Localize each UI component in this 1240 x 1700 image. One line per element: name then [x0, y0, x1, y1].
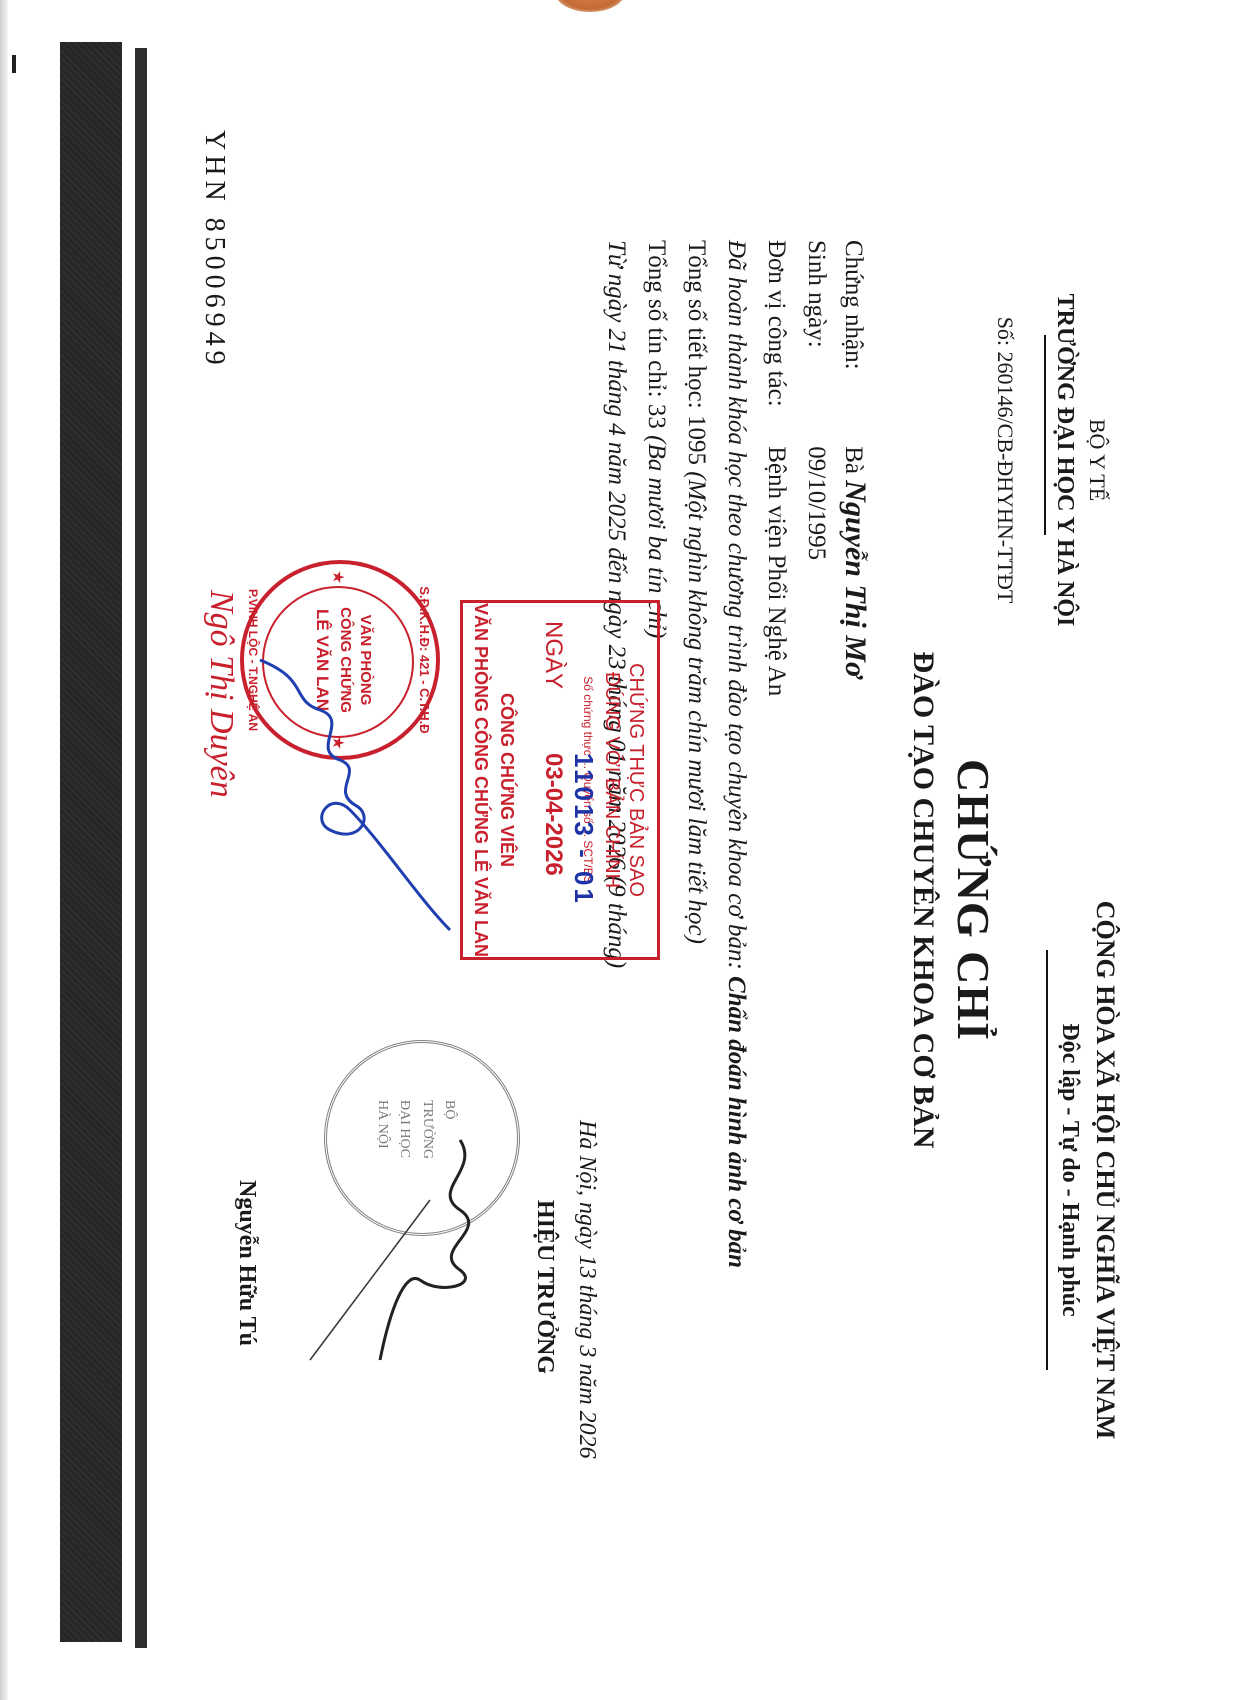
notary-signature	[240, 640, 460, 940]
notary-line-2: ĐÚNG VỚI BẢN CHÍNH	[600, 603, 623, 957]
issue-place-date: Hà Nội, ngày 13 tháng 3 năm 2026	[573, 1120, 600, 1459]
honorific: Bà	[840, 446, 867, 474]
course-name: Chẩn đoán hình ảnh cơ bản	[723, 976, 750, 1268]
photo-edge	[0, 0, 8, 1700]
periods-label: Tổng số tiết học: 1095	[683, 240, 710, 465]
school-name: TRƯỜNG ĐẠI HỌC Y HÀ NỘI	[1051, 250, 1078, 670]
credits-label: Tổng số tín chỉ: 33	[643, 240, 670, 429]
workplace-label: Đơn vị công tác:	[762, 240, 790, 440]
field-certify: Chứng nhận: Bà Nguyễn Thị Mơ	[838, 240, 872, 678]
notary-certification-stamp: CHỨNG THỰC BẢN SAO ĐÚNG VỚI BẢN CHÍNH Số…	[460, 600, 660, 960]
certify-label: Chứng nhận:	[839, 240, 867, 440]
principal-signature	[300, 1080, 500, 1380]
recipient-name: Nguyễn Thị Mơ	[839, 480, 872, 678]
field-credits: Tổng số tín chỉ: 33 (Ba mươi ba tín chỉ)	[642, 240, 670, 638]
completion-text: Đã hoàn thành khóa học theo chương trình…	[723, 240, 750, 970]
field-periods: Tổng số tiết học: 1095 (Một nghìn không …	[682, 240, 710, 944]
field-workplace: Đơn vị công tác: Bệnh viện Phổi Nghệ An	[762, 240, 790, 696]
periods-words: (Một nghìn không trăm chín mươi lăm tiết…	[683, 471, 710, 944]
border-stripe-thick	[60, 42, 122, 1642]
ministry-name: BỘ Y TẾ	[1084, 310, 1110, 610]
certificate-title: CHỨNG CHỈ	[947, 650, 1000, 1150]
national-title: CỘNG HÒA XÃ HỘI CHỦ NGHĨA VIỆT NAM	[1090, 820, 1120, 1520]
document-number: Số: 260146/CB-ĐHYHN-TTĐT	[992, 270, 1018, 650]
certificate-document: BỘ Y TẾ TRƯỜNG ĐẠI HỌC Y HÀ NỘI Số: 2601…	[160, 0, 1240, 1700]
serial-number: YHN 85006949	[198, 130, 230, 370]
dob-label: Sinh ngày:	[802, 240, 830, 440]
border-stripe-thin	[135, 48, 147, 1648]
dob-value: 09/10/1995	[803, 446, 830, 560]
notary-line-5: CÔNG CHỨNG VIÊN	[496, 603, 517, 957]
motto-underline	[1046, 950, 1048, 1370]
certification-number: 11013 - 01	[568, 753, 599, 906]
star-icon: ★	[328, 570, 348, 584]
field-completion: Đã hoàn thành khóa học theo chương trình…	[722, 240, 750, 1268]
signer-name: Nguyễn Hữu Tú	[233, 1180, 260, 1346]
notary-line-1: CHỨNG THỰC BẢN SAO	[624, 603, 647, 957]
field-dob: Sinh ngày: 09/10/1995	[802, 240, 830, 560]
workplace-value: Bệnh viện Phổi Nghệ An	[763, 446, 790, 696]
signer-role: HIỆU TRƯỞNG	[531, 1200, 558, 1374]
national-motto: Độc lập - Tự do - Hạnh phúc	[1056, 870, 1083, 1470]
notary-handwritten-name: Ngô Thị Duyên	[202, 590, 240, 798]
notary-line-6: VĂN PHÒNG CÔNG CHỨNG LÊ VĂN LAN	[470, 603, 491, 957]
certificate-subtitle: ĐÀO TẠO CHUYÊN KHOA CƠ BẢN	[906, 500, 940, 1300]
notary-date-label: NGÀY	[539, 621, 567, 689]
edge-mark	[12, 55, 16, 73]
notary-date: 03-04-2026	[539, 753, 567, 876]
school-underline	[1044, 335, 1046, 535]
